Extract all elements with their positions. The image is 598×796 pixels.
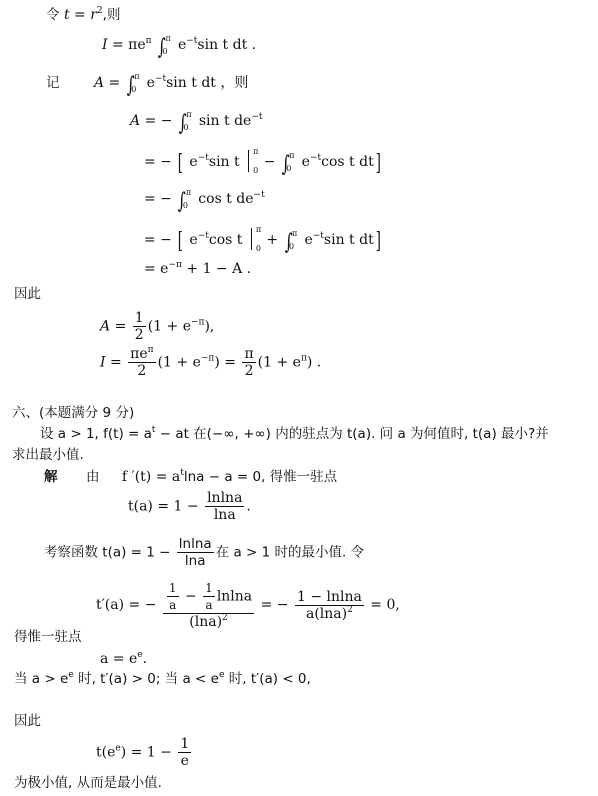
section-6-title: 六、(本题满分 9 分)	[12, 404, 134, 422]
sign-analysis-line: 当 a > ee 时, t′(a) > 0; 当 a < ee 时, t′(a)…	[14, 670, 311, 688]
problem-statement-line1: 设 a > 1, f(t) = at − at 在(−∞, +∞) 内的驻点为 …	[40, 425, 549, 443]
equation-step-2: = − [ e−tsin t π0 − ∫π0 e−tcos t dt]	[144, 150, 382, 174]
equation-step-4: = − [ e−tcos t π0 + ∫π0 e−tsin t dt]	[144, 228, 382, 252]
equation-A-def: 记 A = ∫π0 e−tsin t dt ，则	[46, 74, 248, 95]
equation-step-3: = − ∫π0 cos t de−t	[144, 190, 265, 211]
consider-function-line: 考察函数 t(a) = 1 − lnlnalna在 a > 1 时的最小值. 令	[44, 536, 364, 569]
solution-first-line: 解 由 f ′(t) = atlna − a = 0, 得惟一驻点	[44, 468, 337, 486]
equation-a-eq-ee: a = ee.	[100, 650, 147, 668]
equation-step-5: = e−π + 1 − A .	[144, 260, 251, 278]
problem-statement-line2: 求出最小值.	[12, 446, 84, 464]
line-substitution: 令 t = r2,则	[46, 6, 120, 24]
conclusion-line: 为极小值, 从而是最小值.	[14, 774, 162, 792]
equation-A-result: A = 12(1 + e−π),	[100, 310, 214, 343]
therefore-label-2: 因此	[14, 712, 41, 730]
equation-ta: t(a) = 1 − lnlnalna.	[128, 490, 251, 523]
equation-final: t(ee) = 1 − 1e	[96, 736, 193, 769]
equation-step-1: A = − ∫π0 sin t de−t	[130, 112, 262, 133]
equation-I-result: I = πeπ2(1 + e−π) = π2(1 + eπ) .	[100, 346, 321, 379]
therefore-label: 因此	[14, 285, 41, 303]
equation-derivative: t′(a) = − 1a − 1alnlna(lna)2 = − 1 − lnl…	[96, 580, 400, 630]
equation-I: I = πeπ ∫π0 e−tsin t dt .	[102, 36, 256, 57]
unique-stationary-label: 得惟一驻点	[14, 628, 82, 646]
